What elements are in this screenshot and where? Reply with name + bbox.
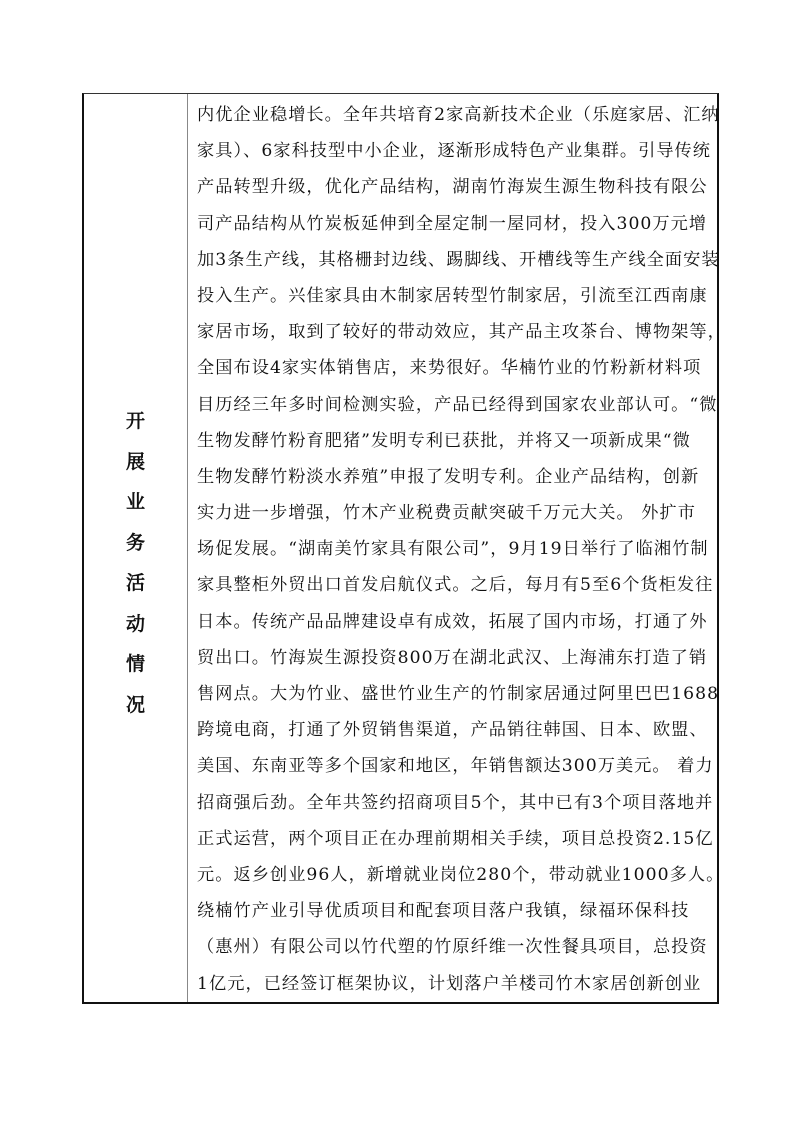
- label-char: 活: [126, 563, 145, 604]
- paragraph-line: 目历经三年多时间检测实验，产品已经得到国家农业部认可。“微: [197, 387, 711, 423]
- activity-table: 开 展 业 务 活 动 情 况 内优企业稳增长。全年共培育2家高新技术企业（乐庭…: [82, 93, 719, 1004]
- label-char: 开: [126, 401, 145, 442]
- content-cell: 内优企业稳增长。全年共培育2家高新技术企业（乐庭家居、汇纳 家具）、6家科技型中…: [188, 94, 717, 1002]
- paragraph-line: 家具整柜外贸出口首发启航仪式。之后，每月有5至6个货柜发往: [197, 567, 711, 603]
- label-char: 务: [126, 523, 145, 564]
- paragraph-line: 贸出口。竹海炭生源投资800万在湖北武汉、上海浦东打造了销: [197, 640, 711, 676]
- paragraph-line: 元。返乡创业96人，新增就业岗位280个，带动就业1000多人。围: [197, 857, 711, 893]
- paragraph-line: 美国、东南亚等多个国家和地区，年销售额达300万美元。 着力: [197, 748, 711, 784]
- paragraph-line: 生物发酵竹粉育肥猪”发明专利已获批，并将又一项新成果“微: [197, 423, 711, 459]
- paragraph-line: 生物发酵竹粉淡水养殖”申报了发明专利。企业产品结构，创新: [197, 459, 711, 495]
- label-char: 情: [126, 644, 145, 685]
- paragraph-line: 投入生产。兴佳家具由木制家居转型竹制家居，引流至江西南康: [197, 278, 711, 314]
- paragraph-line: 场促发展。“湖南美竹家具有限公司”，9月19日举行了临湘竹制: [197, 531, 711, 567]
- paragraph-line: 内优企业稳增长。全年共培育2家高新技术企业（乐庭家居、汇纳: [197, 97, 711, 133]
- paragraph-line: 产品转型升级，优化产品结构，湖南竹海炭生源生物科技有限公: [197, 169, 711, 205]
- label-char: 况: [126, 685, 145, 726]
- paragraph-line: 家具）、6家科技型中小企业，逐渐形成特色产业集群。引导传统: [197, 133, 711, 169]
- label-char: 展: [126, 442, 145, 483]
- paragraph-line: 家居市场，取到了较好的带动效应，其产品主攻茶台、博物架等，: [197, 314, 711, 350]
- label-char: 业: [126, 482, 145, 523]
- paragraph-line: 跨境电商，打通了外贸销售渠道，产品销往韩国、日本、欧盟、: [197, 712, 711, 748]
- paragraph-line: 日本。传统产品品牌建设卓有成效，拓展了国内市场，打通了外: [197, 604, 711, 640]
- paragraph-line: 绕楠竹产业引导优质项目和配套项目落户我镇，绿福环保科技: [197, 893, 711, 929]
- row-label-vertical-text: 开 展 业 务 活 动 情 况: [84, 401, 187, 725]
- paragraph-line: 售网点。大为竹业、盛世竹业生产的竹制家居通过阿里巴巴1688: [197, 676, 711, 712]
- paragraph-line: （惠州）有限公司以竹代塑的竹原纤维一次性餐具项目，总投资: [197, 929, 711, 965]
- paragraph-line: 司产品结构从竹炭板延伸到全屋定制一屋同材，投入300万元增: [197, 206, 711, 242]
- label-char: 动: [126, 604, 145, 645]
- paragraph-line: 正式运营，两个项目正在办理前期相关手续，项目总投资2.15亿: [197, 821, 711, 857]
- paragraph-line: 招商强后劲。全年共签约招商项目5个，其中已有3个项目落地并: [197, 785, 711, 821]
- paragraph-line: 实力进一步增强，竹木产业税费贡献突破千万元大关。 外扩市: [197, 495, 711, 531]
- paragraph-line: 1亿元，已经签订框架协议，计划落户羊楼司竹木家居创新创业: [197, 966, 711, 1002]
- paragraph-line: 全国布设4家实体销售店，来势很好。华楠竹业的竹粉新材料项: [197, 350, 711, 386]
- paragraph-line: 加3条生产线，其格栅封边线、踢脚线、开槽线等生产线全面安装: [197, 242, 711, 278]
- row-label-cell: 开 展 业 务 活 动 情 况: [84, 94, 188, 1002]
